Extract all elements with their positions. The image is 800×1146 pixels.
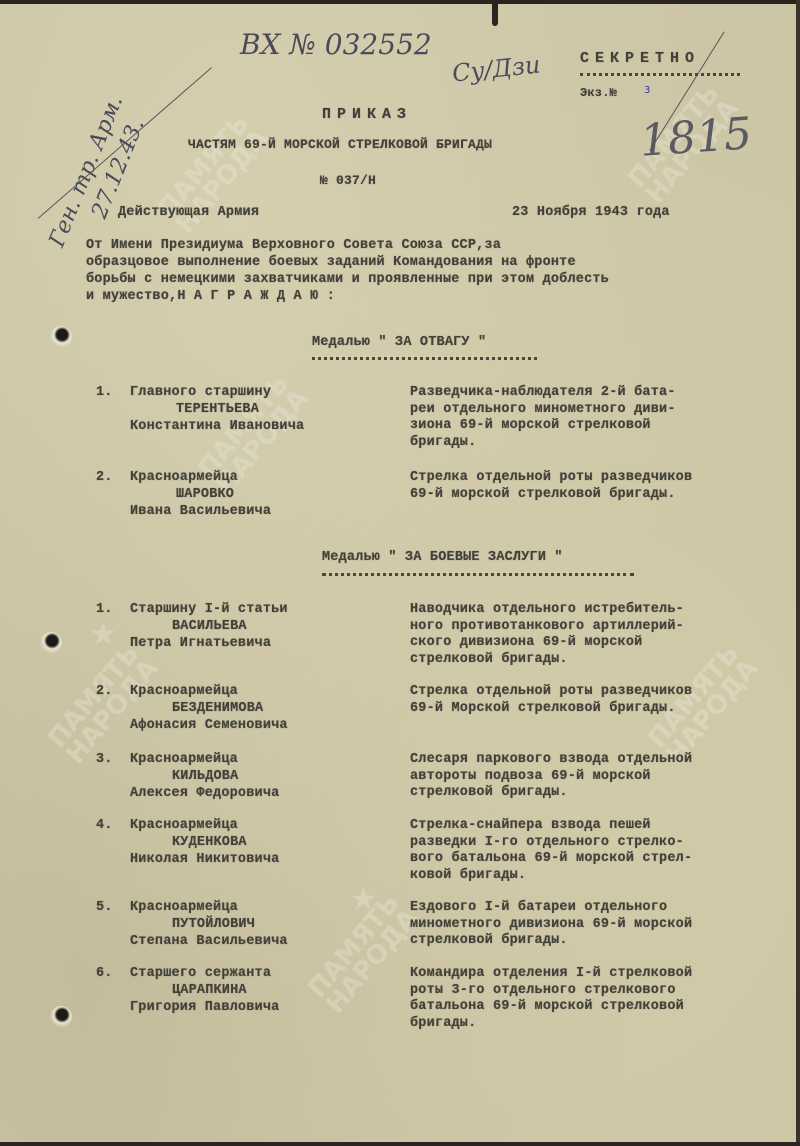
handwritten-number: 1815 xyxy=(638,108,753,167)
preamble-line: От Имени Президиума Верховного Совета Со… xyxy=(86,238,501,253)
preamble-line: и мужество,Н А Г Р А Ж Д А Ю : xyxy=(86,289,335,304)
entry-position: Стрелка-снайпера взвода пешей разведки I… xyxy=(410,818,692,884)
entry-name: Ивана Васильевича xyxy=(130,504,271,521)
entry-surname: БЕЗДЕНИМОВА xyxy=(172,701,263,718)
entry-rank: Красноармейца xyxy=(130,818,238,835)
copy-number: 3 xyxy=(644,85,650,96)
paper-edge-right xyxy=(796,0,800,1146)
section-title: Медалью " ЗА БОЕВЫЕ ЗАСЛУГИ " xyxy=(322,550,563,565)
entry-surname: КИЛЬДОВА xyxy=(172,769,238,786)
entry-position: Командира отделения I-й стрелковой роты … xyxy=(410,966,692,1032)
entry-surname: КУДЕНКОВА xyxy=(172,835,247,852)
entry-surname: ВАСИЛЬЕВА xyxy=(172,619,247,636)
entry-position: Разведчика-наблюдателя 2-й бата- реи отд… xyxy=(410,385,676,451)
entry-name: Николая Никитовича xyxy=(130,852,279,869)
section-underline xyxy=(322,573,634,579)
entry-rank: Главного старшину xyxy=(130,385,271,402)
entry-number: 1. xyxy=(96,385,113,402)
entry-name: Алексея Федоровича xyxy=(130,786,279,803)
entry-number: 4. xyxy=(96,818,113,835)
entry-rank: Красноармейца xyxy=(130,900,238,917)
entry-rank: Красноармейца xyxy=(130,684,238,701)
entry-name: Степана Васильевича xyxy=(130,934,288,951)
paper-tear xyxy=(492,0,498,26)
entry-number: 2. xyxy=(96,684,113,701)
paper-edge-bottom xyxy=(0,1142,800,1146)
document-title: ПРИКАЗ xyxy=(322,106,412,123)
entry-surname: ШАРОВКО xyxy=(176,487,234,504)
entry-rank: Старшего сержанта xyxy=(130,966,271,983)
paper-edge-top xyxy=(0,0,800,4)
hole-punch xyxy=(50,326,72,348)
entry-rank: Красноармейца xyxy=(130,752,238,769)
entry-number: 6. xyxy=(96,966,113,983)
entry-number: 3. xyxy=(96,752,113,769)
entry-position: Стрелка отдельной роты разведчиков 69-й … xyxy=(410,470,692,503)
entry-position: Наводчика отдельного истребитель- ного п… xyxy=(410,602,684,668)
secrecy-label: СЕКРЕТНО xyxy=(580,50,700,67)
order-number: № 037/Н xyxy=(320,173,376,188)
entry-number: 1. xyxy=(96,602,113,619)
entry-number: 2. xyxy=(96,470,113,487)
entry-position: Ездового I-й батареи отдельного минометн… xyxy=(410,900,692,950)
entry-name: Григория Павловича xyxy=(130,1000,279,1017)
entry-position: Слесаря паркового взвода отдельной автор… xyxy=(410,752,692,802)
entry-name: Константина Ивановича xyxy=(130,419,304,436)
hole-punch xyxy=(50,1006,72,1028)
order-date: 23 Ноября 1943 года xyxy=(512,205,670,220)
document-subtitle: ЧАСТЯМ 69-Й МОРСКОЙ СТРЕЛКОВОЙ БРИГАДЫ xyxy=(188,137,492,152)
entry-surname: ЦАРАПКИНА xyxy=(172,983,247,1000)
hole-punch xyxy=(40,632,62,654)
preamble-line: борьбы с немецкими захватчиками и проявл… xyxy=(86,272,609,287)
entry-name: Петра Игнатьевича xyxy=(130,636,271,653)
entry-surname: ТЕРЕНТЬЕВА xyxy=(176,402,259,419)
entry-position: Стрелка отдельной роты разведчиков 69-й … xyxy=(410,684,692,717)
incoming-number: ВХ № 032552 xyxy=(240,28,432,61)
preamble-line: образцовое выполнение боевых заданий Ком… xyxy=(86,255,576,270)
copy-label: Экз.№ xyxy=(580,86,617,100)
section-underline xyxy=(312,357,537,363)
place: Действующая Армия xyxy=(118,205,259,220)
entry-surname: ПУТОЙЛОВИЧ xyxy=(172,917,255,934)
entry-name: Афонасия Семеновича xyxy=(130,718,288,735)
entry-rank: Старшину I-й статьи xyxy=(130,602,288,619)
star-icon: ★ xyxy=(350,870,377,924)
section-title: Медалью " ЗА ОТВАГУ " xyxy=(312,335,486,350)
underline xyxy=(580,73,740,79)
entry-number: 5. xyxy=(96,900,113,917)
entry-rank: Красноармейца xyxy=(130,470,238,487)
